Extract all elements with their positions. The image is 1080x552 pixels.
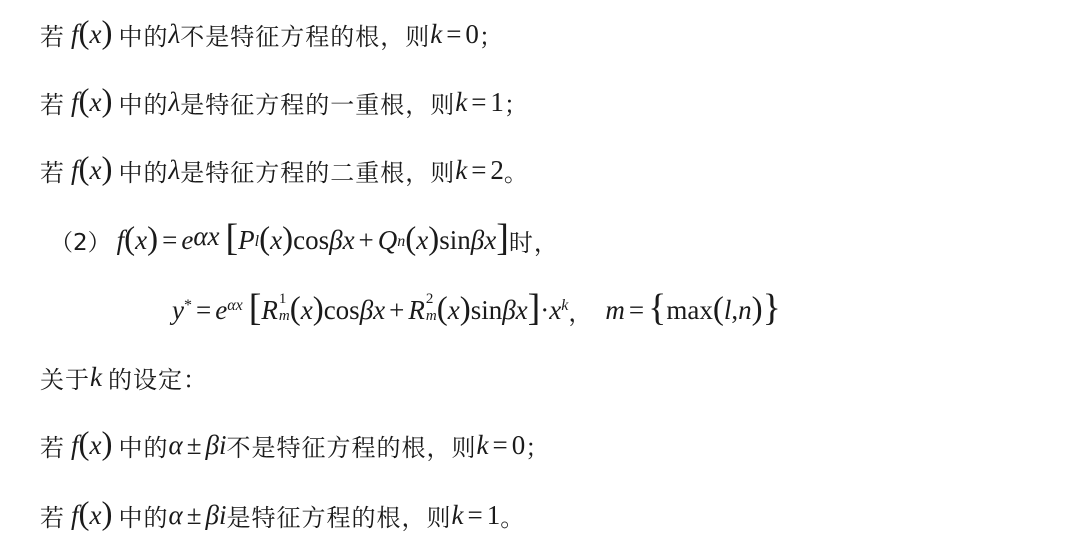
variable-x: x <box>416 225 428 256</box>
text-ruo: 若 <box>40 17 65 52</box>
comma: ， <box>568 293 593 328</box>
variable-x: x <box>301 295 313 326</box>
beta-symbol: β <box>329 225 342 256</box>
R2-superscript: 2 <box>426 292 437 307</box>
bracket-open: [ <box>226 219 239 257</box>
poly-R1: R <box>261 295 278 326</box>
paren-close: ) <box>752 293 763 326</box>
variable-x: x <box>373 295 385 326</box>
brace-open: { <box>648 289 666 327</box>
variable-x: x <box>516 295 528 326</box>
paren-open: ( <box>405 223 416 256</box>
function-f: f <box>117 225 125 256</box>
comma-separator: , <box>731 295 738 326</box>
rule-text: 是特征方程的根，则 <box>226 498 451 533</box>
R1-superscript: 1 <box>279 292 290 307</box>
variable-x: x <box>90 19 102 50</box>
rule-text: 不是特征方程的根，则 <box>180 17 430 52</box>
plus-minus: ± <box>187 500 202 531</box>
R2-indices: 2m <box>426 292 437 324</box>
bracket-close: ] <box>496 219 509 257</box>
end-punct: 。 <box>500 498 525 533</box>
l-symbol: l <box>724 295 732 326</box>
R1-indices: 1m <box>279 292 290 324</box>
end-punct: ； <box>525 428 550 463</box>
R1-subscript: m <box>279 309 290 324</box>
text-zhongde: 中的 <box>119 153 169 188</box>
equals-sign: = <box>629 295 644 326</box>
text-zhongde: 中的 <box>119 428 169 463</box>
equals-sign: = <box>467 500 482 531</box>
alpha-symbol: α <box>169 430 183 461</box>
k-value: 1 <box>490 87 504 118</box>
alpha-symbol: α <box>169 500 183 531</box>
equals-sign: = <box>471 155 486 186</box>
end-punct: 。 <box>504 153 529 188</box>
y-symbol: y <box>172 295 184 326</box>
variable-x: x <box>90 155 102 186</box>
variable-x: x <box>90 430 102 461</box>
function-f: f <box>71 430 79 461</box>
variable-x: x <box>484 225 496 256</box>
k-symbol: k <box>430 19 442 50</box>
rule-complex-not-root: 若 f ( x ) 中的 α ± β i 不是特征方程的根，则 k = 0 ； <box>40 423 550 467</box>
paren-close: ) <box>147 223 158 256</box>
paren-close: ) <box>313 293 324 326</box>
poly-R2: R <box>408 295 425 326</box>
rule-lambda-single-root: 若 f ( x ) 中的 λ 是特征方程的一重根，则 k = 1 ； <box>40 80 529 124</box>
case-2-definition: （2） f ( x ) = eαx [ Pl ( x ) cos β x + Q… <box>50 218 559 262</box>
sin-function: sin <box>439 225 471 256</box>
paren-open: ( <box>290 293 301 326</box>
text-ruo: 若 <box>40 153 65 188</box>
text-ruo: 若 <box>40 85 65 120</box>
paren-close: ) <box>102 17 113 50</box>
sin-function: sin <box>471 295 503 326</box>
exp-base-e: e <box>181 225 193 256</box>
paren-open: ( <box>79 85 90 118</box>
variable-x: x <box>343 225 355 256</box>
rule-lambda-double-root: 若 f ( x ) 中的 λ 是特征方程的二重根，则 k = 2 。 <box>40 148 529 192</box>
variable-x: x <box>90 500 102 531</box>
exp-base-e: e <box>215 295 227 326</box>
paren-close: ) <box>102 498 113 531</box>
bracket-open: [ <box>249 289 262 327</box>
function-f: f <box>71 155 79 186</box>
imaginary-i: i <box>219 500 227 531</box>
k-symbol: k <box>451 500 463 531</box>
imaginary-i: i <box>219 430 227 461</box>
paren-open: ( <box>124 223 135 256</box>
paren-open: ( <box>79 428 90 461</box>
end-punct: ； <box>479 17 504 52</box>
k-value: 2 <box>490 155 504 186</box>
R2-subscript: m <box>426 309 437 324</box>
x-power-base: x <box>549 295 561 326</box>
paren-close: ) <box>102 153 113 186</box>
bracket-close: ] <box>528 289 541 327</box>
beta-symbol: β <box>502 295 515 326</box>
symbol-lambda: λ <box>169 87 181 118</box>
variable-x: x <box>270 225 282 256</box>
equals-sign: = <box>446 19 461 50</box>
plus-minus: ± <box>187 430 202 461</box>
rule-text: 是特征方程的二重根，则 <box>180 153 455 188</box>
heading-text-2: 的设定： <box>108 360 208 395</box>
equals-sign: = <box>196 295 211 326</box>
paren-close: ) <box>102 85 113 118</box>
rule-complex-root: 若 f ( x ) 中的 α ± β i 是特征方程的根，则 k = 1 。 <box>40 493 525 537</box>
text-ruo: 若 <box>40 428 65 463</box>
k-symbol: k <box>455 87 467 118</box>
k-symbol: k <box>455 155 467 186</box>
paren-close: ) <box>282 223 293 256</box>
variable-x: x <box>90 87 102 118</box>
paren-open: ( <box>79 153 90 186</box>
beta-symbol: β <box>206 430 219 461</box>
equals-sign: = <box>471 87 486 118</box>
k-symbol: k <box>476 430 488 461</box>
m-symbol: m <box>605 295 625 326</box>
paren-open: ( <box>259 223 270 256</box>
case-label: （2） <box>50 224 111 257</box>
end-punct: ； <box>504 85 529 120</box>
plus-sign: + <box>359 225 374 256</box>
paren-close: ) <box>102 428 113 461</box>
text-zhongde: 中的 <box>119 85 169 120</box>
paren-open: ( <box>79 17 90 50</box>
brace-close: } <box>763 289 781 327</box>
paren-open: ( <box>713 293 724 326</box>
n-symbol: n <box>738 295 752 326</box>
text-ruo: 若 <box>40 498 65 533</box>
k-setting-heading: 关于 k 的设定： <box>40 355 208 399</box>
poly-P: P <box>238 225 255 256</box>
dot-operator: · <box>540 295 549 326</box>
beta-symbol: β <box>206 500 219 531</box>
plus-sign: + <box>389 295 404 326</box>
equals-sign: = <box>492 430 507 461</box>
rule-text: 不是特征方程的根，则 <box>226 428 476 463</box>
beta-symbol: β <box>360 295 373 326</box>
function-f: f <box>71 500 79 531</box>
equals-sign: = <box>162 225 177 256</box>
paren-close: ) <box>428 223 439 256</box>
variable-x: x <box>135 225 147 256</box>
particular-solution-formula: y* = eαx [ R1m ( x ) cos β x + R2m ( x )… <box>172 288 781 332</box>
text-zhongde: 中的 <box>119 498 169 533</box>
text-zhongde: 中的 <box>119 17 169 52</box>
paren-close: ) <box>460 293 471 326</box>
poly-Q: Q <box>378 225 398 256</box>
symbol-lambda: λ <box>169 155 181 186</box>
heading-text-1: 关于 <box>40 360 90 395</box>
paren-open: ( <box>437 293 448 326</box>
cos-function: cos <box>324 295 360 326</box>
function-f: f <box>71 19 79 50</box>
k-symbol: k <box>90 362 102 393</box>
max-function: max <box>666 295 713 326</box>
k-value: 1 <box>487 500 501 531</box>
cos-function: cos <box>293 225 329 256</box>
suffix-shi: 时， <box>509 223 559 258</box>
beta-symbol: β <box>471 225 484 256</box>
paren-open: ( <box>79 498 90 531</box>
variable-x: x <box>448 295 460 326</box>
symbol-lambda: λ <box>169 19 181 50</box>
rule-lambda-not-root: 若 f ( x ) 中的 λ 不是特征方程的根，则 k = 0 ； <box>40 12 504 56</box>
k-value: 0 <box>465 19 479 50</box>
rule-text: 是特征方程的一重根，则 <box>180 85 455 120</box>
function-f: f <box>71 87 79 118</box>
k-value: 0 <box>512 430 526 461</box>
